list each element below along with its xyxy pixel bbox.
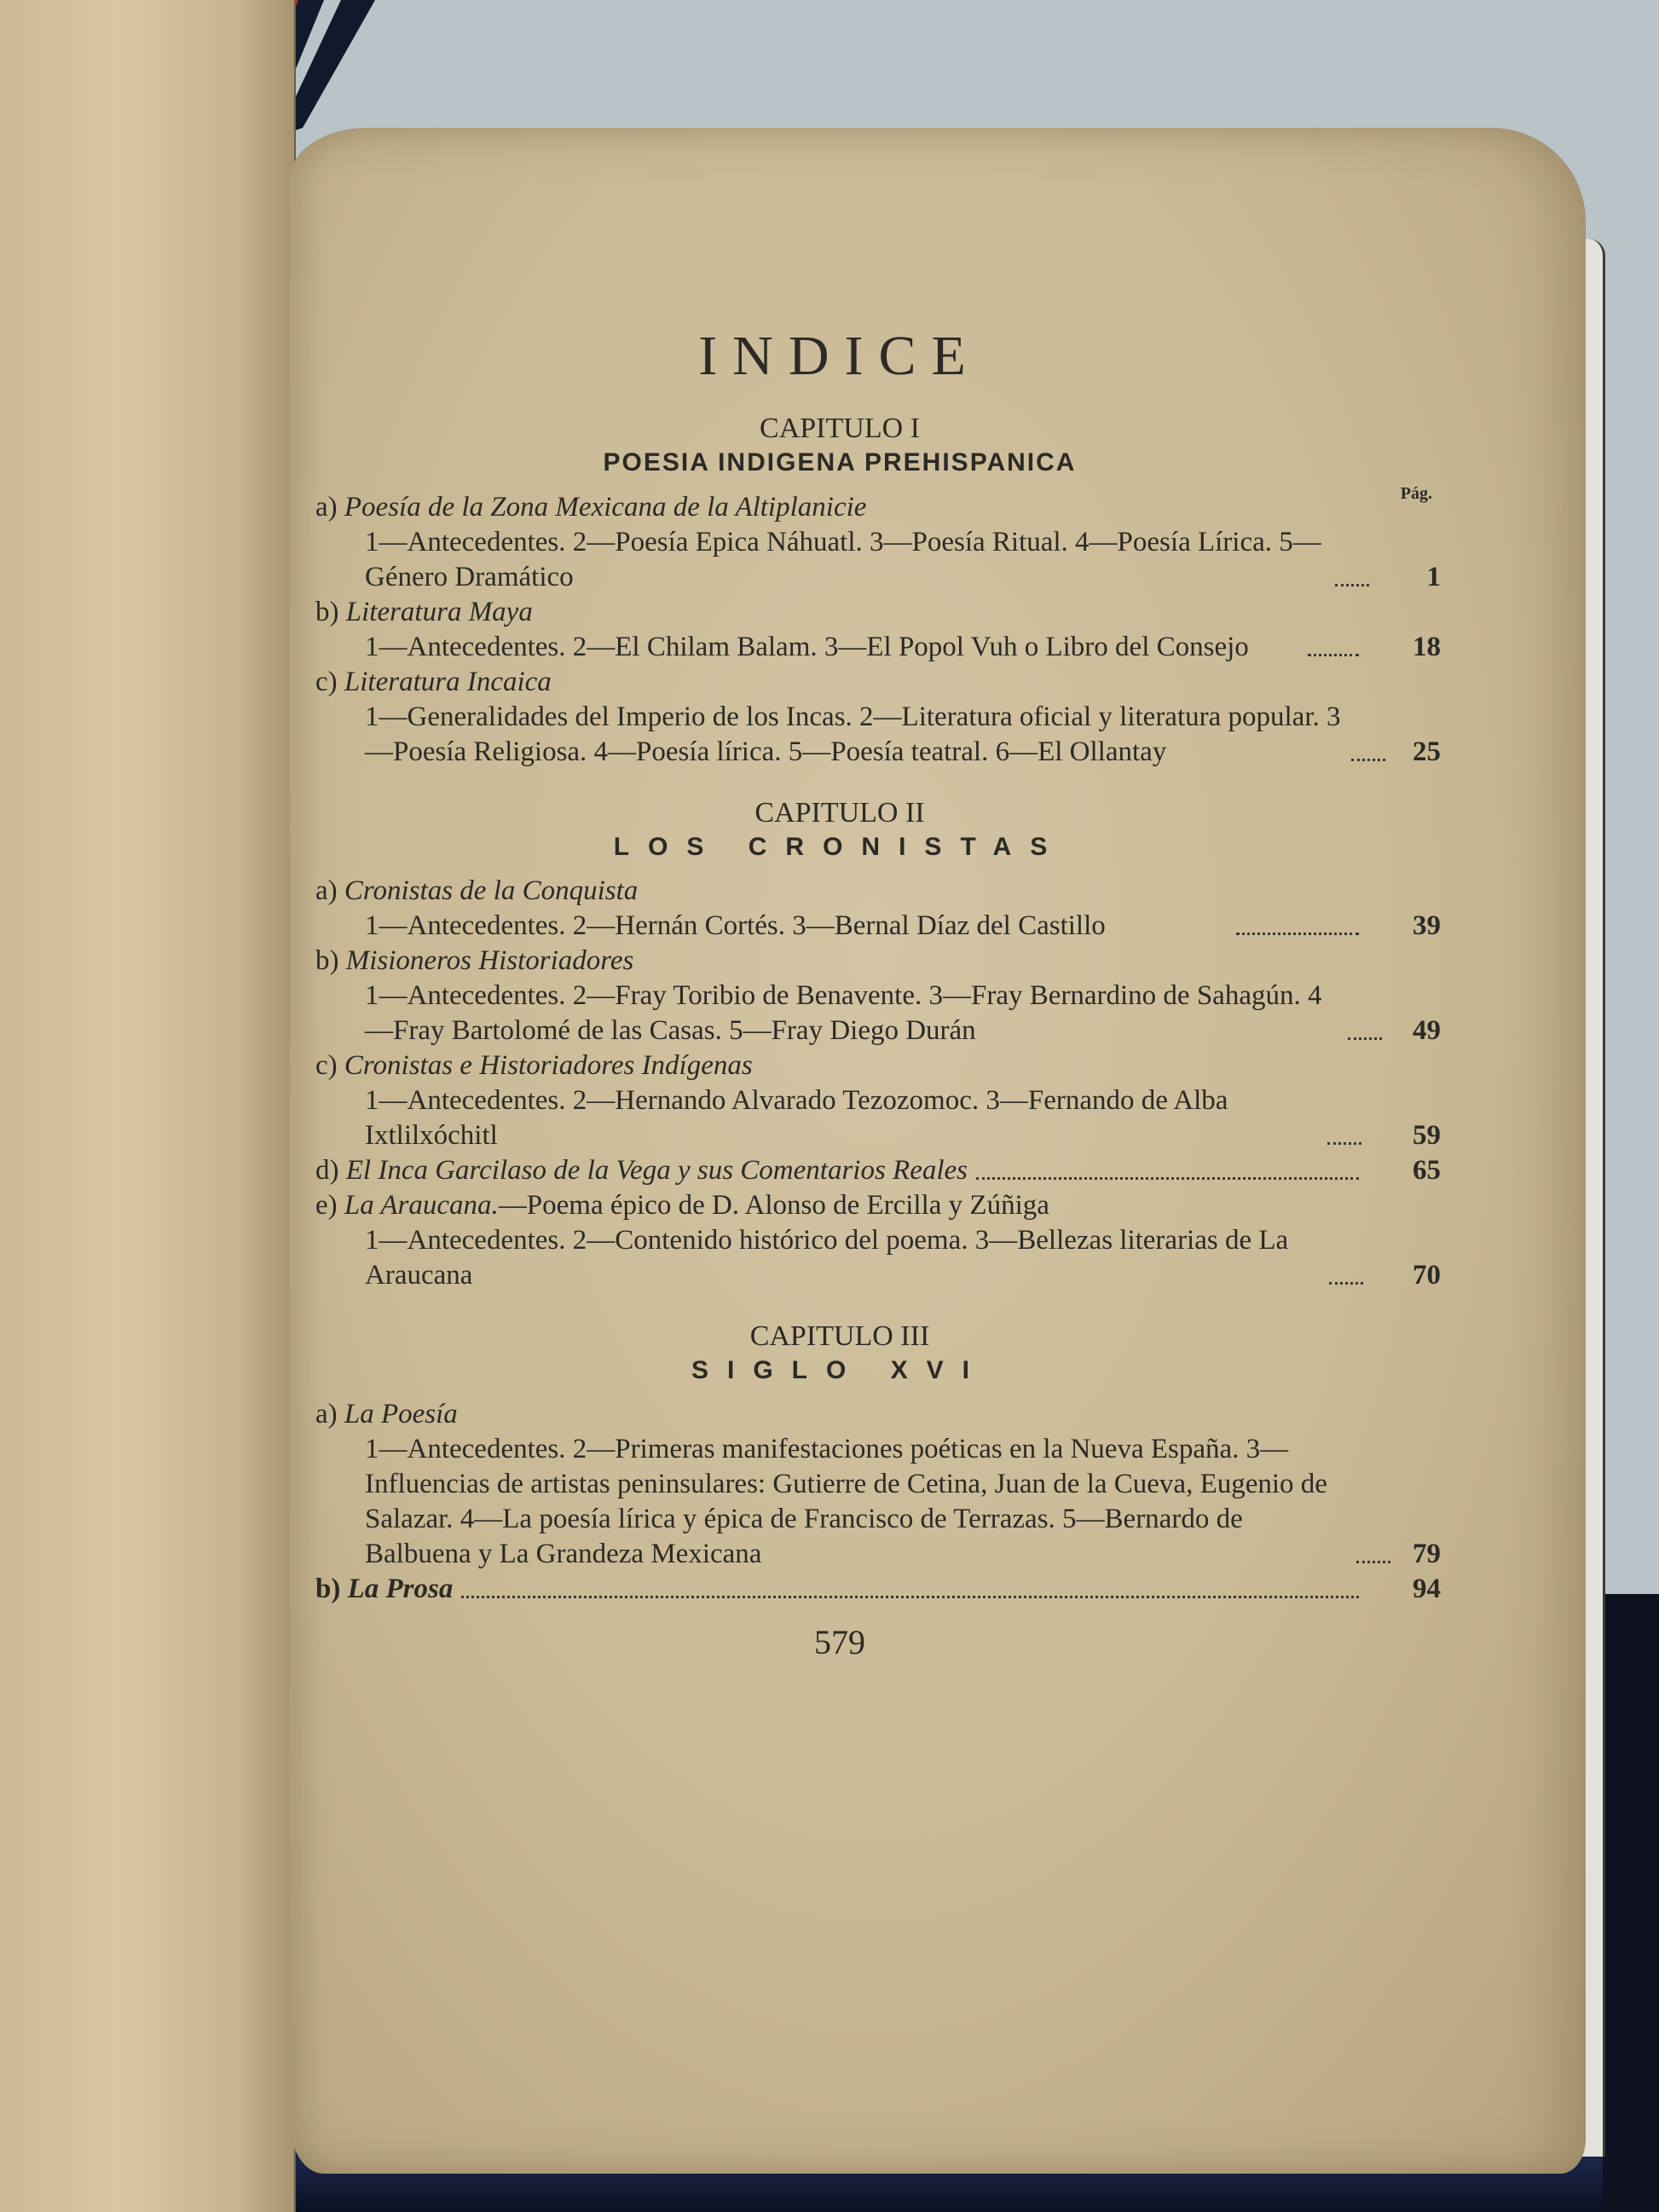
section-title: Literatura Maya: [346, 597, 533, 627]
page-column-label: Pág.: [315, 484, 1432, 504]
section-items: 1—Antecedentes. 2—Contenido histórico de…: [365, 1223, 1321, 1293]
section-title: Cronistas e Historiadores Indígenas: [344, 1050, 753, 1081]
dot-leader: [1308, 654, 1359, 656]
section-letter: b): [315, 1574, 340, 1604]
section-letter: b): [315, 945, 339, 976]
section-title: Literatura Incaica: [344, 667, 552, 697]
page-number: 94: [1364, 1572, 1441, 1607]
background-dark-edge: [1603, 1594, 1659, 2212]
section-letter: e): [315, 1190, 338, 1221]
page-number: 70: [1368, 1258, 1441, 1293]
dot-leader: [1329, 1282, 1363, 1285]
toc-section[interactable]: b) La Prosa94: [315, 1572, 1364, 1607]
page-number: 59: [1367, 1118, 1441, 1153]
section-items: 1—Antecedentes. 2—Poesía Epica Náhuatl. …: [365, 525, 1327, 595]
section-title: Cronistas de la Conquista: [344, 875, 638, 906]
toc-section[interactable]: b) Literatura Maya 1—Antecedentes. 2—El …: [315, 595, 1364, 665]
dot-leader: [1351, 759, 1385, 761]
toc-section[interactable]: a) La Poesía 1—Antecedentes. 2—Primeras …: [315, 1397, 1364, 1572]
chapter-label: CAPITULO II: [315, 797, 1364, 829]
section-title: La Araucana.: [344, 1190, 499, 1221]
section-items: 1—Antecedentes. 2—El Chilam Balam. 3—El …: [365, 630, 1299, 665]
toc-section[interactable]: b) Misioneros Historiadores 1—Antecedent…: [315, 944, 1364, 1048]
section-letter: c): [315, 667, 338, 697]
dot-leader: [976, 1177, 1359, 1180]
section-items: 1—Antecedentes. 2—Fray Toribio de Benave…: [365, 979, 1339, 1048]
section-items: 1—Generalidades del Imperio de los Incas…: [365, 700, 1343, 770]
section-items: 1—Antecedentes. 2—Hernando Alvarado Tezo…: [365, 1083, 1319, 1153]
left-page: [0, 0, 296, 2212]
chapter-heading: POESIA INDIGENA PREHISPANICA: [315, 448, 1364, 477]
section-letter: c): [315, 1050, 338, 1081]
page-number: 18: [1364, 630, 1441, 665]
section-title: La Prosa: [348, 1574, 454, 1604]
chapter-heading: LOS CRONISTAS: [315, 833, 1364, 862]
page-number: 39: [1364, 909, 1441, 944]
chapter-label: CAPITULO I: [315, 413, 1364, 445]
page-number: 25: [1390, 735, 1441, 770]
section-title: Misioneros Historiadores: [346, 945, 634, 976]
dot-leader: [1335, 584, 1369, 586]
dot-leader: [1348, 1037, 1382, 1040]
toc-section[interactable]: c) Cronistas e Historiadores Indígenas 1…: [315, 1048, 1364, 1153]
table-of-contents: INDICE CAPITULO I POESIA INDIGENA PREHIS…: [315, 324, 1364, 1662]
section-items: 1—Antecedentes. 2—Hernán Cortés. 3—Berna…: [365, 909, 1228, 944]
page-title: INDICE: [315, 324, 1364, 389]
section-title-suffix: —Poema épico de D. Alonso de Ercilla y Z…: [499, 1190, 1049, 1221]
page-number: 1: [1374, 560, 1441, 595]
section-letter: a): [315, 1399, 338, 1429]
dot-leader: [1356, 1561, 1390, 1563]
toc-section[interactable]: a) Cronistas de la Conquista 1—Anteceden…: [315, 874, 1364, 944]
page-number: 49: [1387, 1014, 1441, 1048]
section-items: 1—Antecedentes. 2—Primeras manifestacion…: [365, 1432, 1348, 1572]
dot-leader: [1236, 933, 1359, 935]
dot-leader: [1327, 1142, 1361, 1145]
section-letter: d): [315, 1155, 339, 1186]
toc-section[interactable]: d) El Inca Garcilaso de la Vega y sus Co…: [315, 1153, 1364, 1188]
dot-leader: [461, 1596, 1359, 1598]
section-letter: b): [315, 597, 339, 627]
toc-section[interactable]: c) Literatura Incaica 1—Generalidades de…: [315, 665, 1364, 770]
chapter-label: CAPITULO III: [315, 1320, 1364, 1353]
page-number: 65: [1364, 1153, 1441, 1188]
section-title: La Poesía: [344, 1399, 458, 1429]
chapter-heading: SIGLO XVI: [315, 1356, 1364, 1385]
page-folio-number: 579: [315, 1622, 1364, 1662]
section-letter: a): [315, 875, 338, 906]
section-title: El Inca Garcilaso de la Vega y sus Comen…: [346, 1155, 968, 1186]
page-number: 79: [1396, 1537, 1441, 1572]
toc-section[interactable]: a) Poesía de la Zona Mexicana de la Alti…: [315, 490, 1364, 595]
toc-section[interactable]: e) La Araucana.—Poema épico de D. Alonso…: [315, 1188, 1364, 1293]
